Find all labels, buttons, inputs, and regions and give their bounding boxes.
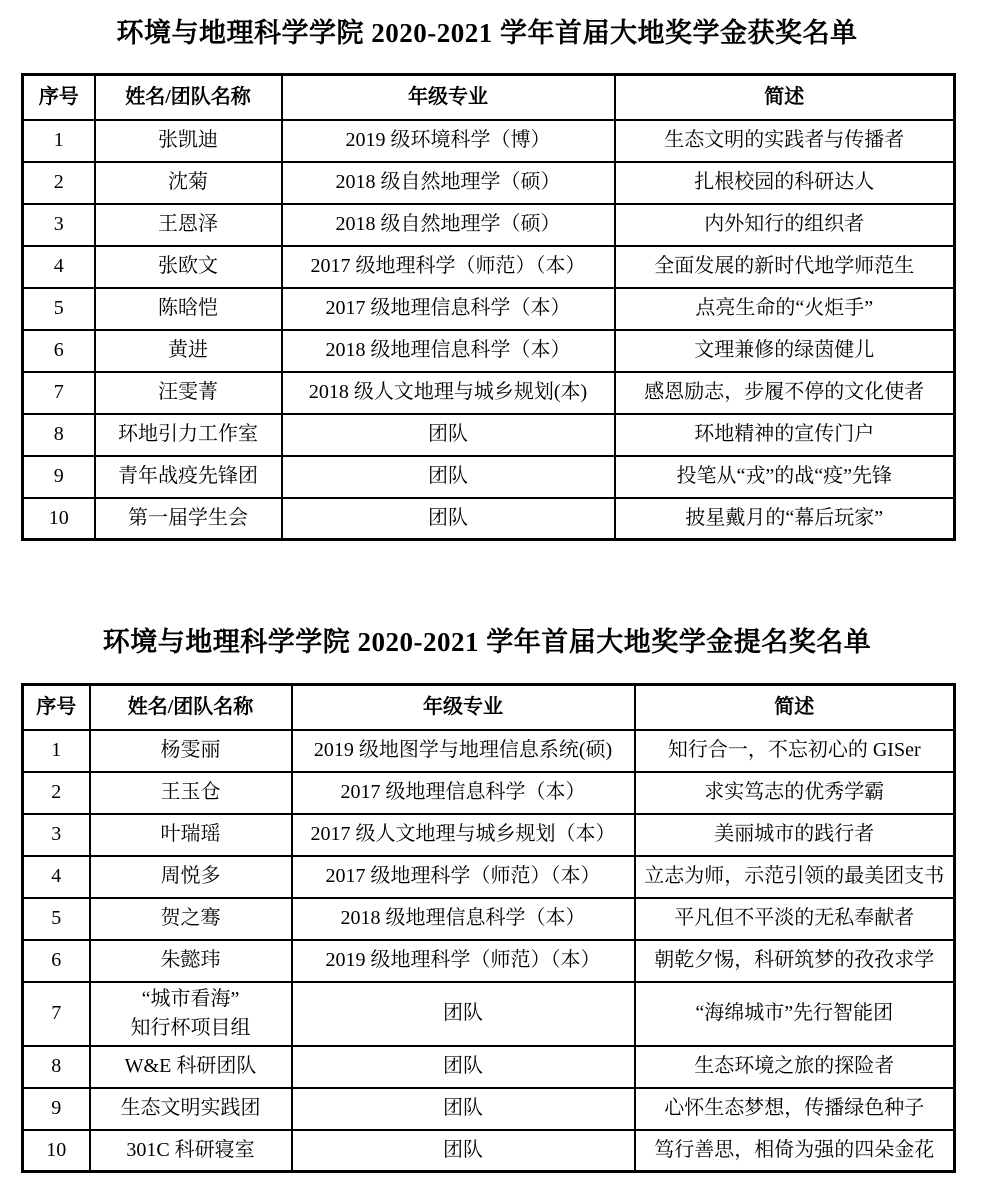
table-header-row: 序号姓名/团队名称年级专业简述 <box>23 75 955 120</box>
cell-grade-major: 2018 级地理信息科学（本） <box>292 898 635 940</box>
cell-name: 周悦多 <box>90 856 292 898</box>
document-page: 环境与地理科学学院 2020-2021 学年首届大地奖学金获奖名单 序号姓名/团… <box>0 0 982 1183</box>
cell-serial-number: 3 <box>23 814 90 856</box>
cell-grade-major: 团队 <box>292 1088 635 1130</box>
table-row: 10第一届学生会团队披星戴月的“幕后玩家” <box>23 498 955 540</box>
cell-name: 生态文明实践团 <box>90 1088 292 1130</box>
cell-name: 第一届学生会 <box>95 498 282 540</box>
cell-description: 投笔从“戎”的战“疫”先锋 <box>615 456 955 498</box>
cell-grade-major: 2017 级地理信息科学（本） <box>282 288 615 330</box>
column-header: 姓名/团队名称 <box>95 75 282 120</box>
table-row: 10301C 科研寝室团队笃行善思，相倚为强的四朵金花 <box>23 1130 955 1172</box>
cell-serial-number: 5 <box>23 898 90 940</box>
cell-name: 黄进 <box>95 330 282 372</box>
cell-description: 扎根校园的科研达人 <box>615 162 955 204</box>
cell-description: 立志为师，示范引领的最美团支书 <box>635 856 955 898</box>
cell-grade-major: 团队 <box>292 982 635 1046</box>
table-row: 1杨雯丽2019 级地图学与地理信息系统(硕)知行合一，不忘初心的 GISer <box>23 730 955 772</box>
table-row: 7“城市看海” 知行杯项目组团队“海绵城市”先行智能团 <box>23 982 955 1046</box>
table-row: 8W&E 科研团队团队生态环境之旅的探险者 <box>23 1046 955 1088</box>
cell-name: 张欧文 <box>95 246 282 288</box>
nominees-table: 序号姓名/团队名称年级专业简述 1杨雯丽2019 级地图学与地理信息系统(硕)知… <box>21 683 956 1173</box>
cell-name: 青年战疫先锋团 <box>95 456 282 498</box>
cell-name: 叶瑞瑶 <box>90 814 292 856</box>
cell-serial-number: 7 <box>23 982 90 1046</box>
table-row: 3叶瑞瑶2017 级人文地理与城乡规划（本）美丽城市的践行者 <box>23 814 955 856</box>
cell-grade-major: 2017 级地理信息科学（本） <box>292 772 635 814</box>
column-header: 序号 <box>23 685 90 730</box>
cell-description: 知行合一，不忘初心的 GISer <box>635 730 955 772</box>
cell-grade-major: 2017 级地理科学（师范）（本） <box>292 856 635 898</box>
cell-description: 生态环境之旅的探险者 <box>635 1046 955 1088</box>
cell-description: 环地精神的宣传门户 <box>615 414 955 456</box>
cell-grade-major: 2018 级自然地理学（硕） <box>282 204 615 246</box>
column-header: 年级专业 <box>282 75 615 120</box>
cell-grade-major: 团队 <box>292 1046 635 1088</box>
column-header: 年级专业 <box>292 685 635 730</box>
cell-serial-number: 8 <box>23 1046 90 1088</box>
table-row: 3王恩泽2018 级自然地理学（硕）内外知行的组织者 <box>23 204 955 246</box>
cell-description: 笃行善思，相倚为强的四朵金花 <box>635 1130 955 1172</box>
cell-grade-major: 2018 级人文地理与城乡规划(本) <box>282 372 615 414</box>
cell-serial-number: 4 <box>23 246 95 288</box>
cell-name: W&E 科研团队 <box>90 1046 292 1088</box>
table-row: 5贺之骞2018 级地理信息科学（本）平凡但不平淡的无私奉献者 <box>23 898 955 940</box>
cell-grade-major: 团队 <box>282 498 615 540</box>
cell-serial-number: 9 <box>23 1088 90 1130</box>
cell-grade-major: 2018 级地理信息科学（本） <box>282 330 615 372</box>
cell-serial-number: 10 <box>23 1130 90 1172</box>
cell-description: 点亮生命的“火炬手” <box>615 288 955 330</box>
cell-serial-number: 7 <box>23 372 95 414</box>
cell-name: 张凯迪 <box>95 120 282 162</box>
cell-description: 平凡但不平淡的无私奉献者 <box>635 898 955 940</box>
cell-name: 环地引力工作室 <box>95 414 282 456</box>
cell-description: 披星戴月的“幕后玩家” <box>615 498 955 540</box>
cell-description: “海绵城市”先行智能团 <box>635 982 955 1046</box>
cell-name: 汪雯菁 <box>95 372 282 414</box>
table-row: 8环地引力工作室团队环地精神的宣传门户 <box>23 414 955 456</box>
cell-serial-number: 1 <box>23 120 95 162</box>
cell-serial-number: 9 <box>23 456 95 498</box>
table-row: 9生态文明实践团团队心怀生态梦想，传播绿色种子 <box>23 1088 955 1130</box>
cell-serial-number: 8 <box>23 414 95 456</box>
cell-description: 心怀生态梦想，传播绿色种子 <box>635 1088 955 1130</box>
cell-grade-major: 团队 <box>282 414 615 456</box>
cell-description: 内外知行的组织者 <box>615 204 955 246</box>
cell-name: 王玉仓 <box>90 772 292 814</box>
table-row: 9青年战疫先锋团团队投笔从“戎”的战“疫”先锋 <box>23 456 955 498</box>
cell-description: 文理兼修的绿茵健儿 <box>615 330 955 372</box>
cell-name: 王恩泽 <box>95 204 282 246</box>
column-header: 姓名/团队名称 <box>90 685 292 730</box>
nominees-section: 环境与地理科学学院 2020-2021 学年首届大地奖学金提名奖名单 序号姓名/… <box>21 625 953 1173</box>
award-winners-title: 环境与地理科学学院 2020-2021 学年首届大地奖学金获奖名单 <box>21 16 953 50</box>
table-header-row: 序号姓名/团队名称年级专业简述 <box>23 685 955 730</box>
table-row: 5陈晗恺2017 级地理信息科学（本）点亮生命的“火炬手” <box>23 288 955 330</box>
cell-description: 求实笃志的优秀学霸 <box>635 772 955 814</box>
cell-name: 杨雯丽 <box>90 730 292 772</box>
table-row: 4张欧文2017 级地理科学（师范）（本）全面发展的新时代地学师范生 <box>23 246 955 288</box>
column-header: 简述 <box>635 685 955 730</box>
nominees-title: 环境与地理科学学院 2020-2021 学年首届大地奖学金提名奖名单 <box>21 625 953 659</box>
column-header: 序号 <box>23 75 95 120</box>
table-row: 2王玉仓2017 级地理信息科学（本）求实笃志的优秀学霸 <box>23 772 955 814</box>
cell-name: 朱懿玮 <box>90 940 292 982</box>
table-row: 1张凯迪2019 级环境科学（博）生态文明的实践者与传播者 <box>23 120 955 162</box>
cell-grade-major: 团队 <box>282 456 615 498</box>
cell-name: “城市看海” 知行杯项目组 <box>90 982 292 1046</box>
cell-serial-number: 10 <box>23 498 95 540</box>
cell-grade-major: 2017 级人文地理与城乡规划（本） <box>292 814 635 856</box>
cell-serial-number: 5 <box>23 288 95 330</box>
cell-serial-number: 6 <box>23 330 95 372</box>
cell-name: 沈菊 <box>95 162 282 204</box>
cell-grade-major: 2019 级地图学与地理信息系统(硕) <box>292 730 635 772</box>
cell-description: 感恩励志，步履不停的文化使者 <box>615 372 955 414</box>
cell-serial-number: 2 <box>23 772 90 814</box>
table-row: 6黄进2018 级地理信息科学（本）文理兼修的绿茵健儿 <box>23 330 955 372</box>
cell-serial-number: 1 <box>23 730 90 772</box>
cell-serial-number: 4 <box>23 856 90 898</box>
cell-description: 全面发展的新时代地学师范生 <box>615 246 955 288</box>
cell-grade-major: 2017 级地理科学（师范）（本） <box>282 246 615 288</box>
cell-name: 贺之骞 <box>90 898 292 940</box>
cell-description: 美丽城市的践行者 <box>635 814 955 856</box>
cell-name: 301C 科研寝室 <box>90 1130 292 1172</box>
cell-grade-major: 2019 级环境科学（博） <box>282 120 615 162</box>
table-row: 2沈菊2018 级自然地理学（硕）扎根校园的科研达人 <box>23 162 955 204</box>
award-winners-section: 环境与地理科学学院 2020-2021 学年首届大地奖学金获奖名单 序号姓名/团… <box>21 16 953 541</box>
award-winners-table: 序号姓名/团队名称年级专业简述 1张凯迪2019 级环境科学（博）生态文明的实践… <box>21 73 956 541</box>
cell-name: 陈晗恺 <box>95 288 282 330</box>
cell-serial-number: 3 <box>23 204 95 246</box>
cell-serial-number: 6 <box>23 940 90 982</box>
cell-grade-major: 2019 级地理科学（师范）（本） <box>292 940 635 982</box>
cell-serial-number: 2 <box>23 162 95 204</box>
cell-grade-major: 团队 <box>292 1130 635 1172</box>
cell-grade-major: 2018 级自然地理学（硕） <box>282 162 615 204</box>
table-row: 7汪雯菁2018 级人文地理与城乡规划(本)感恩励志，步履不停的文化使者 <box>23 372 955 414</box>
table-row: 6朱懿玮2019 级地理科学（师范）（本）朝乾夕惕，科研筑梦的孜孜求学 <box>23 940 955 982</box>
cell-description: 生态文明的实践者与传播者 <box>615 120 955 162</box>
table-row: 4周悦多2017 级地理科学（师范）（本）立志为师，示范引领的最美团支书 <box>23 856 955 898</box>
cell-description: 朝乾夕惕，科研筑梦的孜孜求学 <box>635 940 955 982</box>
column-header: 简述 <box>615 75 955 120</box>
